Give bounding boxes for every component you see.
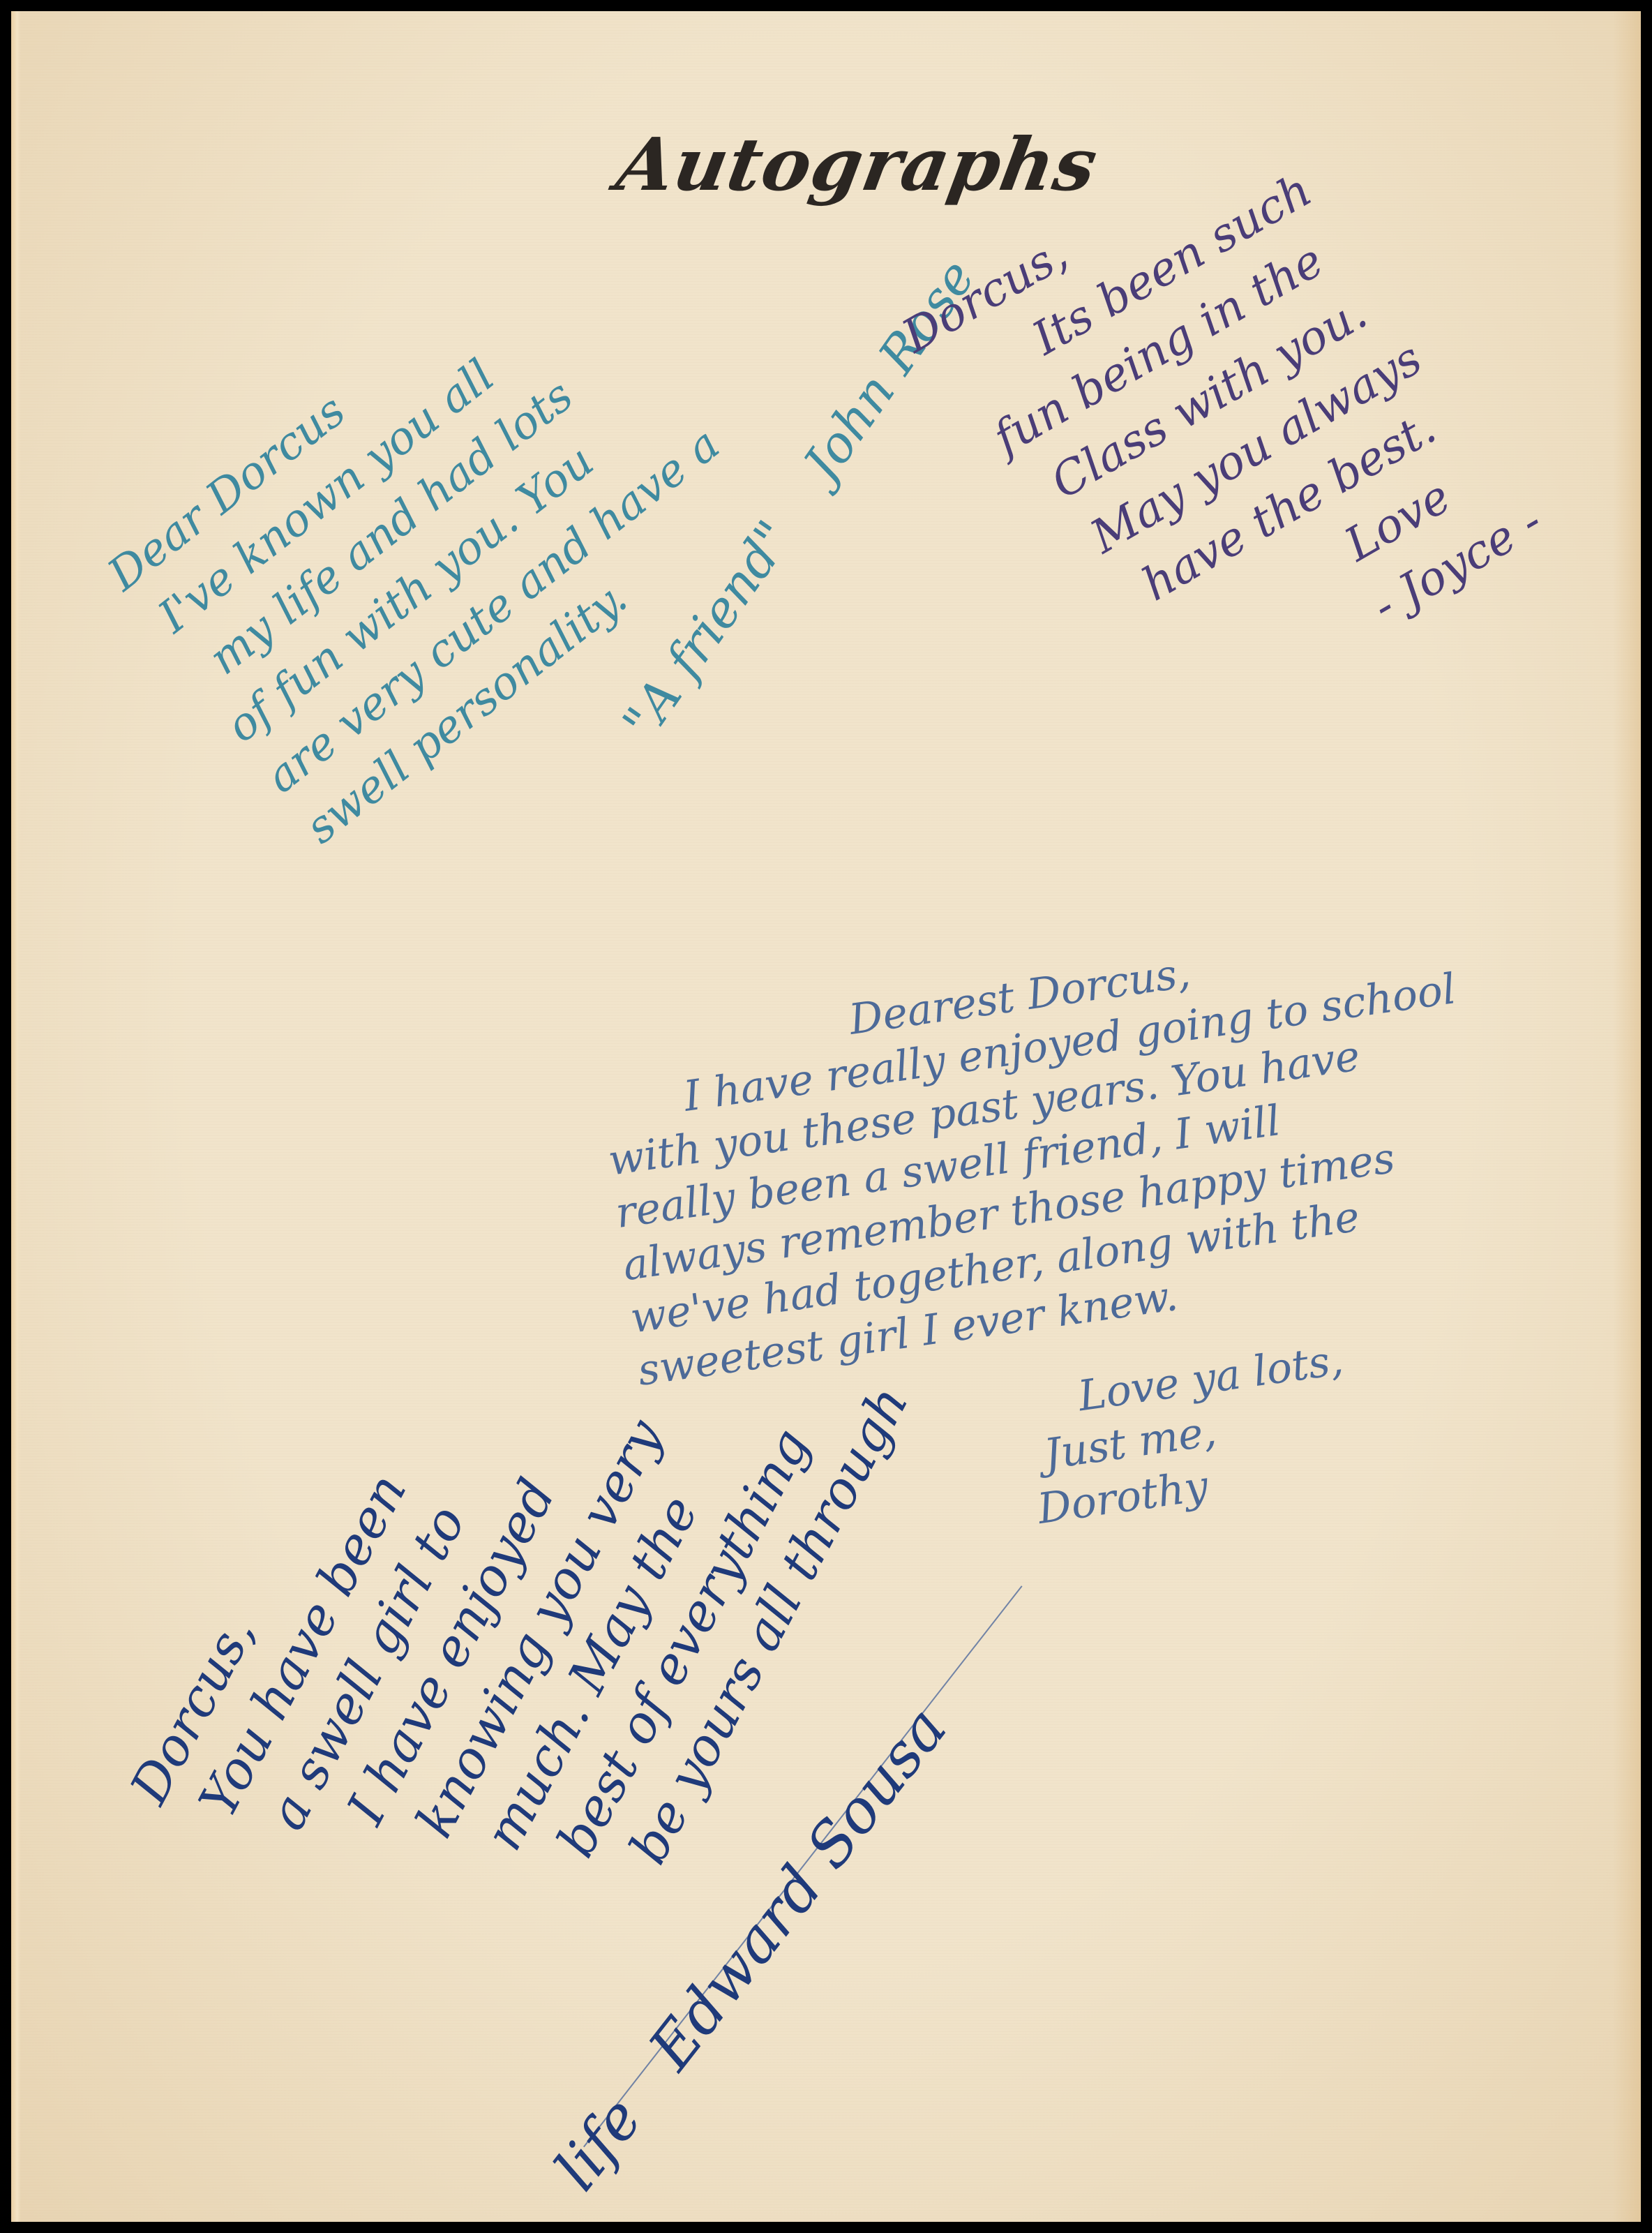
yearbook-page: Autographs Dear Dorcus I've known you al… xyxy=(11,11,1641,2222)
autograph-line: life xyxy=(541,2084,656,2203)
page-edge-shading xyxy=(1613,11,1641,2222)
autograph-john: Dear Dorcus I've known you all my life a… xyxy=(95,211,773,859)
page-title: Autographs xyxy=(610,121,1072,207)
binding-edge xyxy=(11,11,21,2222)
